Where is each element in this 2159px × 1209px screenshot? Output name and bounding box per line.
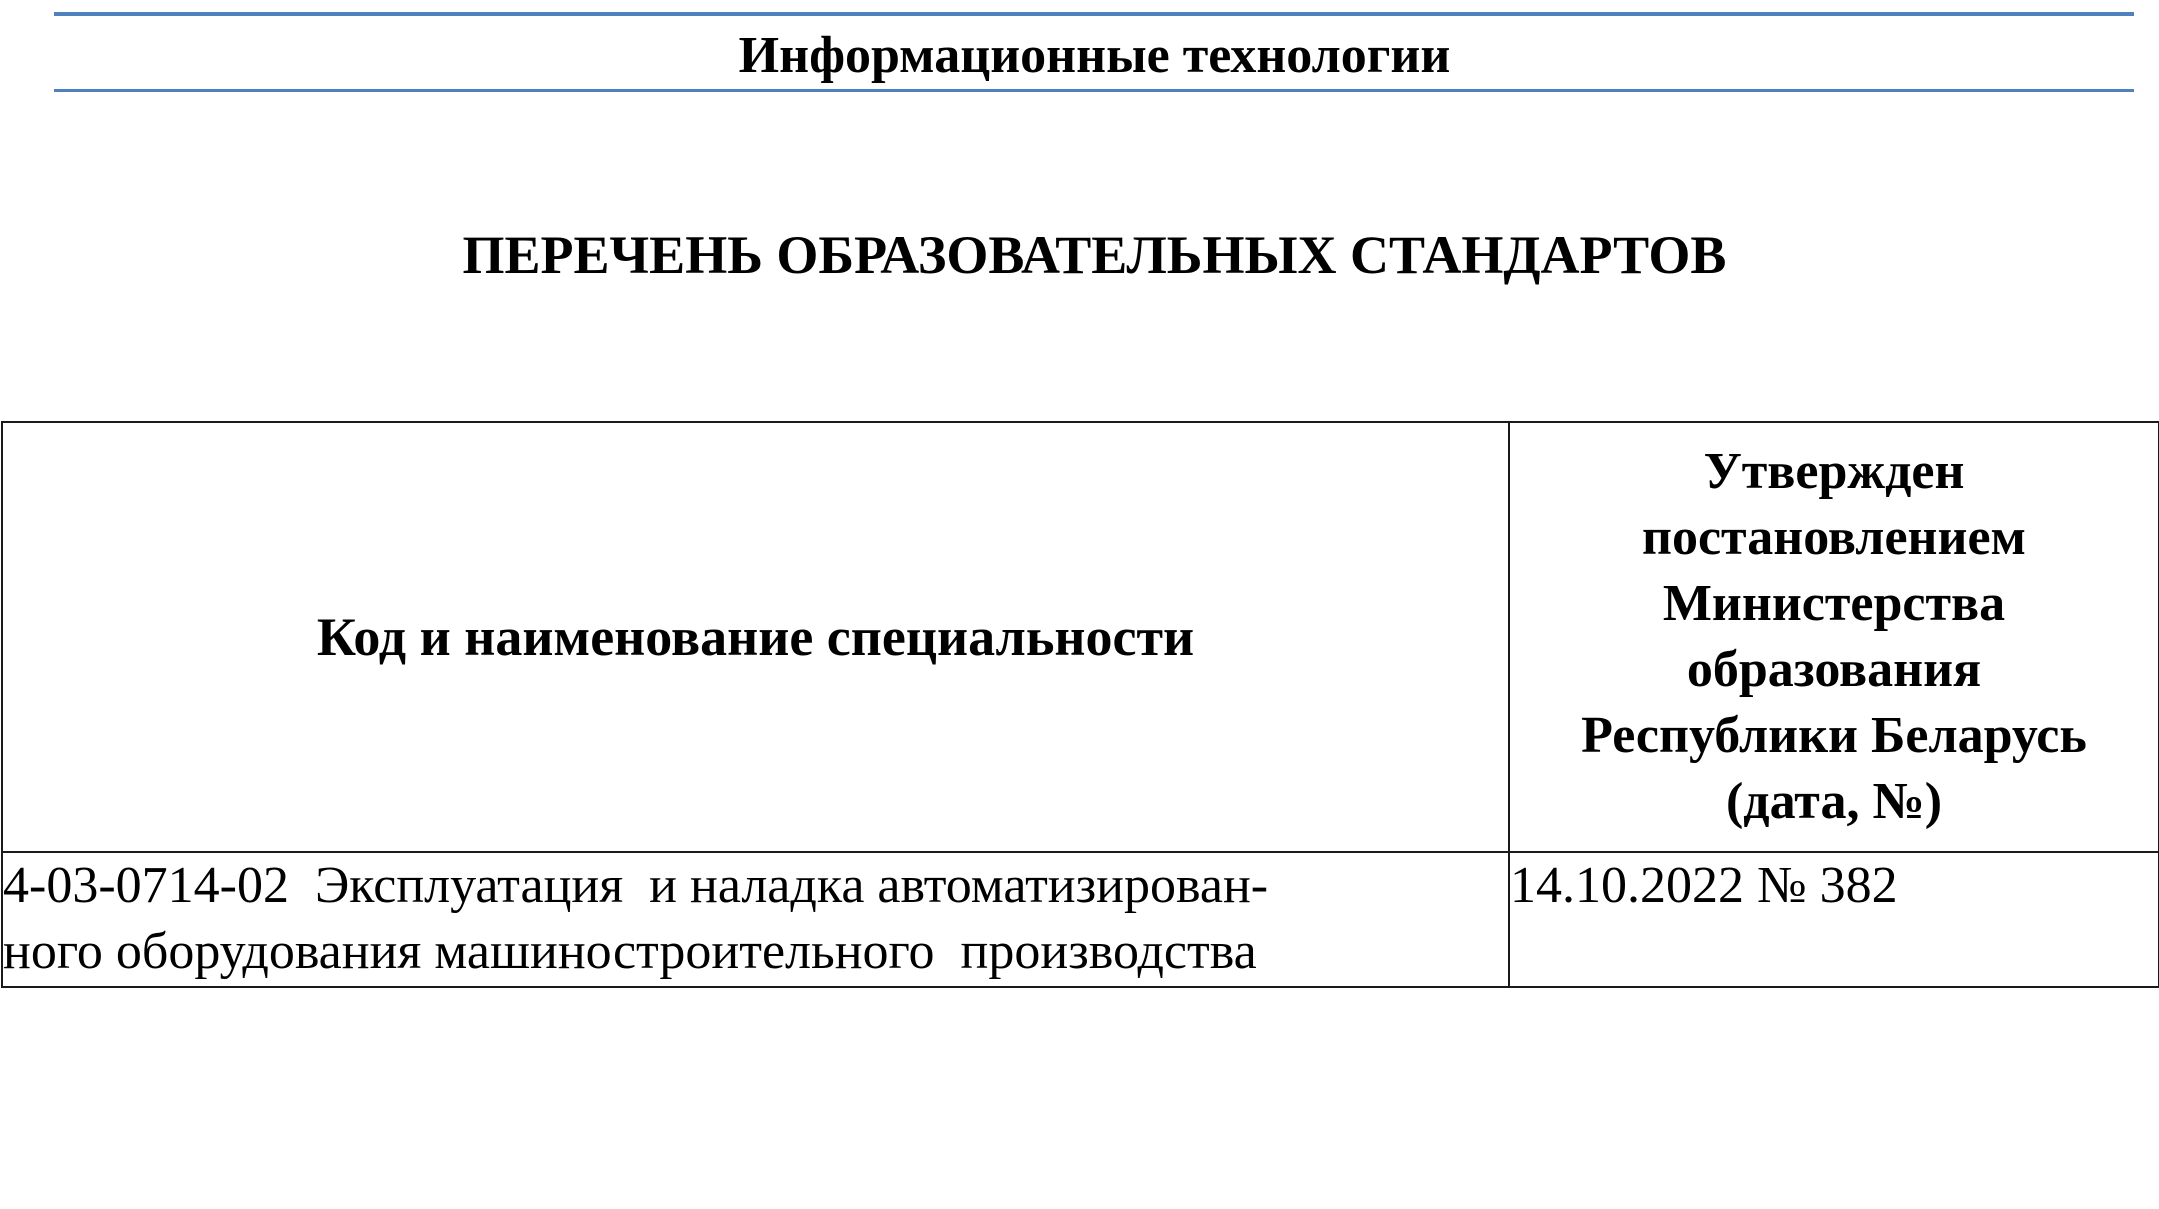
table-header-row: Код и наименование специальности Утвержд… xyxy=(2,422,2159,852)
column-header-approval-line: Утвержден xyxy=(1510,439,2158,505)
column-header-specialty: Код и наименование специальности xyxy=(2,422,1509,852)
header-rule-bottom xyxy=(54,89,2134,92)
specialty-cell: 4-03-0714-02 Эксплуатация и наладка авто… xyxy=(2,852,1509,987)
column-header-approval: Утвержден постановлением Министерства об… xyxy=(1509,422,2159,852)
specialty-line: ного оборудования машиностроительного пр… xyxy=(3,919,1508,985)
column-header-approval-line: постановлением xyxy=(1510,505,2158,571)
header-rule-top xyxy=(54,12,2134,16)
standards-table: Код и наименование специальности Утвержд… xyxy=(1,421,2159,988)
section-title: Информационные технологии xyxy=(0,24,2159,88)
column-header-approval-line: образования xyxy=(1510,637,2158,703)
column-header-approval-line: Республики Беларусь xyxy=(1510,703,2158,769)
column-header-approval-line: (дата, №) xyxy=(1510,769,2158,835)
column-header-approval-line: Министерства xyxy=(1510,571,2158,637)
document-title: ПЕРЕЧЕНЬ ОБРАЗОВАТЕЛЬНЫХ СТАНДАРТОВ xyxy=(0,222,2159,288)
specialty-line: 4-03-0714-02 Эксплуатация и наладка авто… xyxy=(3,853,1508,919)
approval-cell: 14.10.2022 № 382 xyxy=(1509,852,2159,987)
table-row: 4-03-0714-02 Эксплуатация и наладка авто… xyxy=(2,852,2159,987)
